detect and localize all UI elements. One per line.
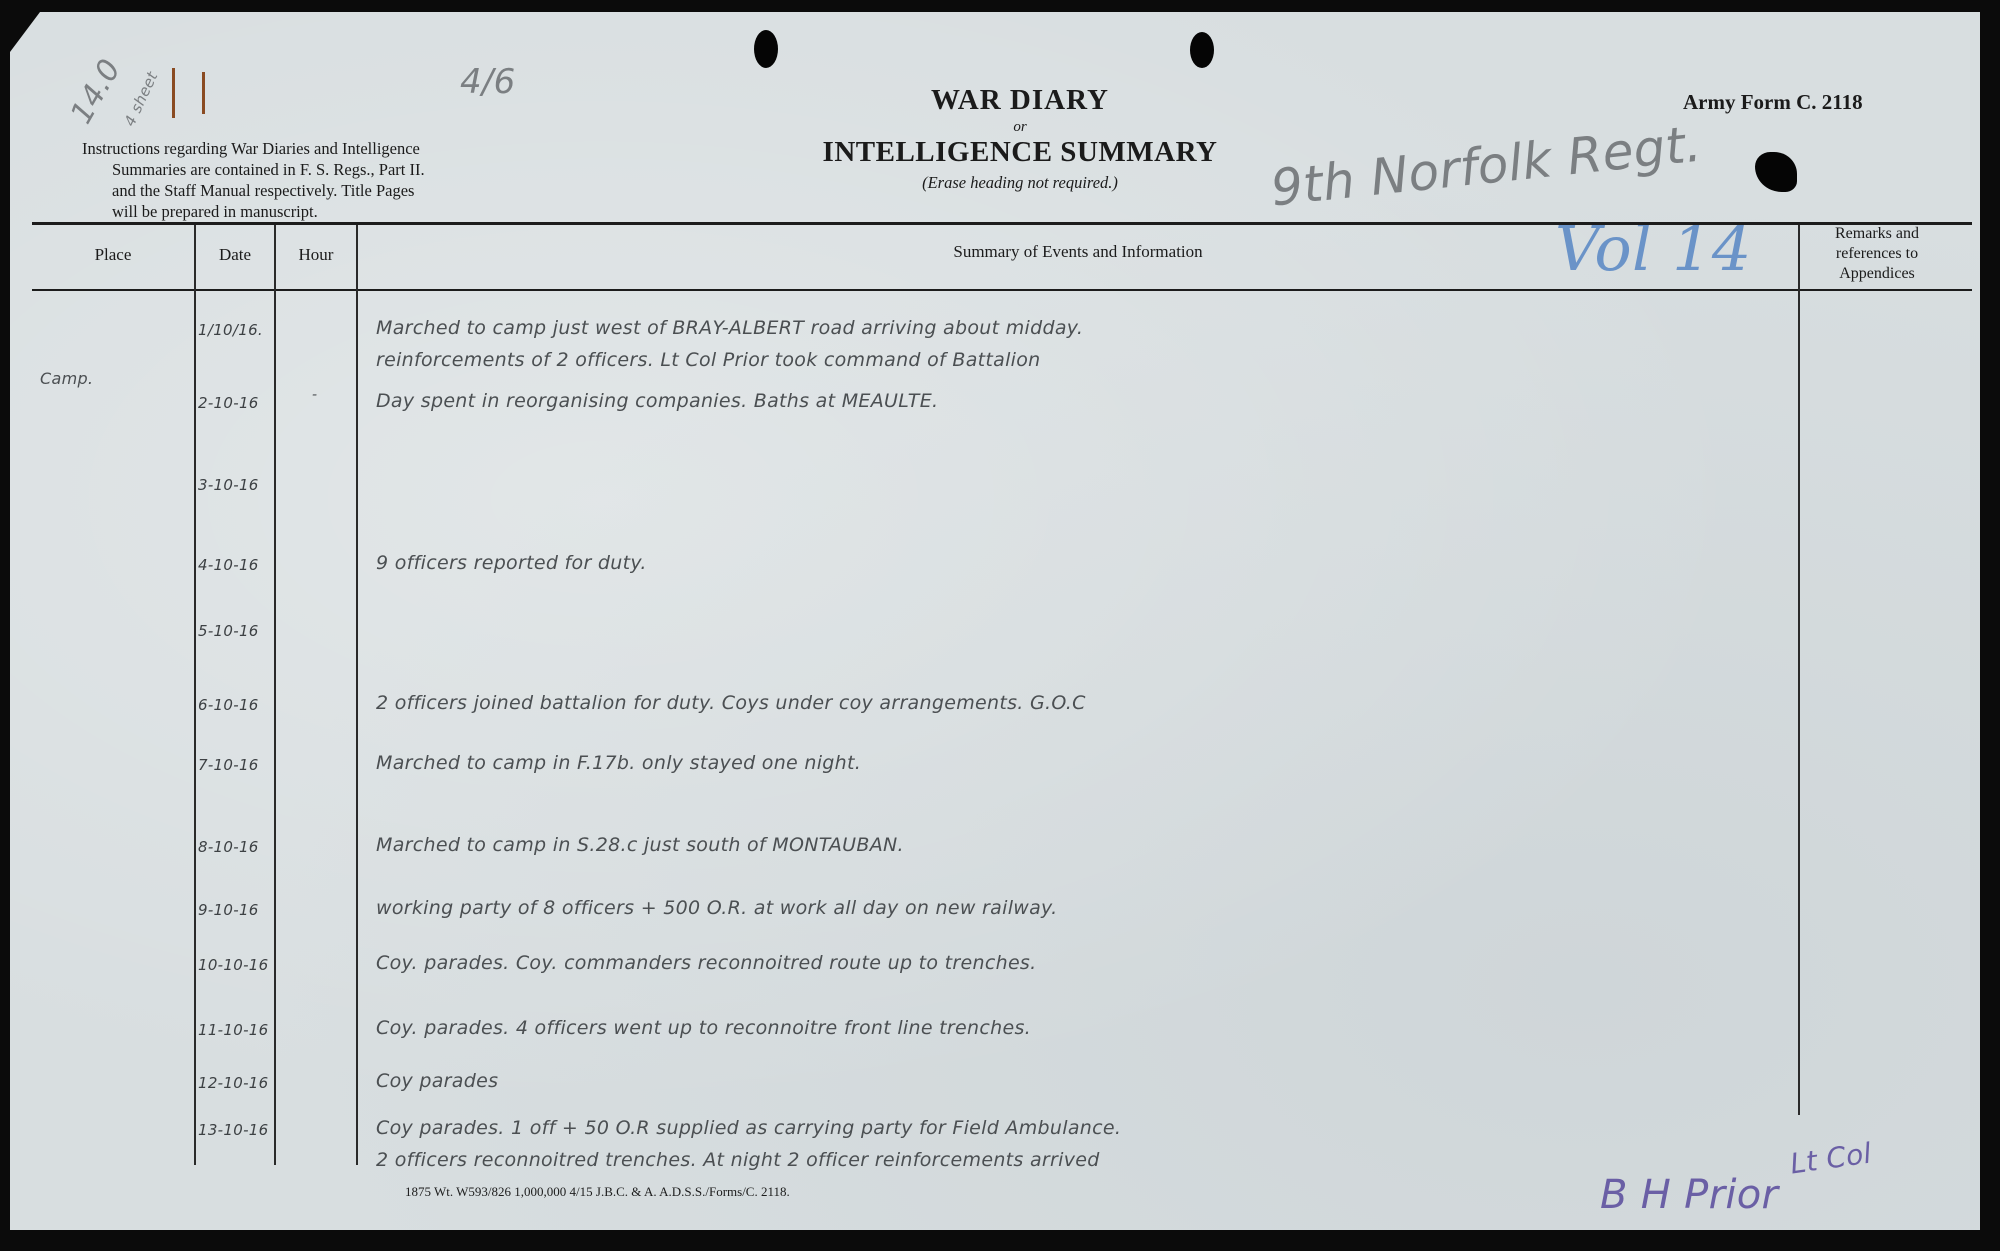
unit-name: 9th Norfolk Regt. [1268,115,1704,218]
archive-number: 14.0 [64,53,128,129]
sheet-note: 4 sheet [121,69,162,129]
entry-date: 8-10-16 [198,838,259,856]
entry-text: 2 officers joined battalion for duty. Co… [376,692,1086,714]
column-divider [194,225,196,1165]
title-intelligence-summary: INTELLIGENCE SUMMARY [750,136,1290,169]
entry-date: 11-10-16 [198,1021,269,1039]
entry-text: Coy parades. 1 off + 50 O.R supplied as … [376,1117,1121,1139]
entry-date: 10-10-16 [198,956,269,974]
header-summary: Summary of Events and Information [358,242,1798,262]
title-or: or [750,119,1290,136]
header-bottom-rule [32,289,1972,291]
header-place: Place [32,245,194,265]
entry-text: reinforcements of 2 officers. Lt Col Pri… [376,349,1041,371]
title-block: WAR DIARY or INTELLIGENCE SUMMARY (Erase… [750,84,1290,193]
instructions-line: Instructions regarding War Diaries and I… [82,138,542,159]
entry-text: 9 officers reported for duty. [376,552,647,574]
rust-stain [202,72,205,114]
entry-date: 4-10-16 [198,556,259,574]
entry-text: Day spent in reorganising companies. Bat… [376,390,938,412]
entry-text: Coy. parades. Coy. commanders reconnoitr… [376,952,1036,974]
column-divider [274,225,276,1165]
entry-date: 5-10-16 [198,622,259,640]
entry-date: 3-10-16 [198,476,259,494]
header-date: Date [196,245,274,265]
rust-stain [172,68,175,118]
torn-hole [1755,152,1797,192]
instructions-line: will be prepared in manuscript. [82,201,542,222]
punch-hole-right [1190,32,1214,68]
hour-entry: - [312,387,317,403]
column-divider [356,225,358,1165]
punch-hole-left [754,30,778,68]
column-divider [1798,225,1800,1115]
signature-rank: Lt Col [1788,1136,1874,1180]
signature: B H Prior [1600,1172,1778,1218]
instructions-line: and the Staff Manual respectively. Title… [82,180,542,201]
printer-imprint: 1875 Wt. W593/826 1,000,000 4/15 J.B.C. … [405,1184,790,1200]
instructions-line: Summaries are contained in F. S. Regs., … [82,159,542,180]
entry-text: Marched to camp in F.17b. only stayed on… [376,752,861,774]
entry-text: working party of 8 officers + 500 O.R. a… [376,897,1057,919]
entry-text: Coy parades [376,1070,498,1092]
entry-date: 12-10-16 [198,1074,269,1092]
place-entry: Camp. [40,369,93,388]
war-diary-sheet: 14.0 4 sheet 4/6 Instructions regarding … [10,12,1980,1230]
entry-text: Marched to camp in S.28.c just south of … [376,834,904,856]
header-remarks: Remarks and references to Appendices [1802,224,1952,284]
entry-text: Coy. parades. 4 officers went up to reco… [376,1017,1031,1039]
entry-date: 9-10-16 [198,901,259,919]
entry-date: 6-10-16 [198,696,259,714]
entry-text: 2 officers reconnoitred trenches. At nig… [376,1149,1100,1171]
entry-date: 13-10-16 [198,1121,269,1139]
army-form-number: Army Form C. 2118 [1683,90,1863,115]
instructions-text: Instructions regarding War Diaries and I… [82,138,542,222]
entry-text: Marched to camp just west of BRAY-ALBERT… [376,317,1083,339]
entry-date: 1/10/16. [198,321,263,339]
entry-date: 2-10-16 [198,394,259,412]
header-hour: Hour [276,245,356,265]
header-top-rule [32,222,1972,225]
folio-number: 4/6 [460,62,516,102]
entry-date: 7-10-16 [198,756,259,774]
title-war-diary: WAR DIARY [750,84,1290,117]
title-note: (Erase heading not required.) [750,173,1290,193]
